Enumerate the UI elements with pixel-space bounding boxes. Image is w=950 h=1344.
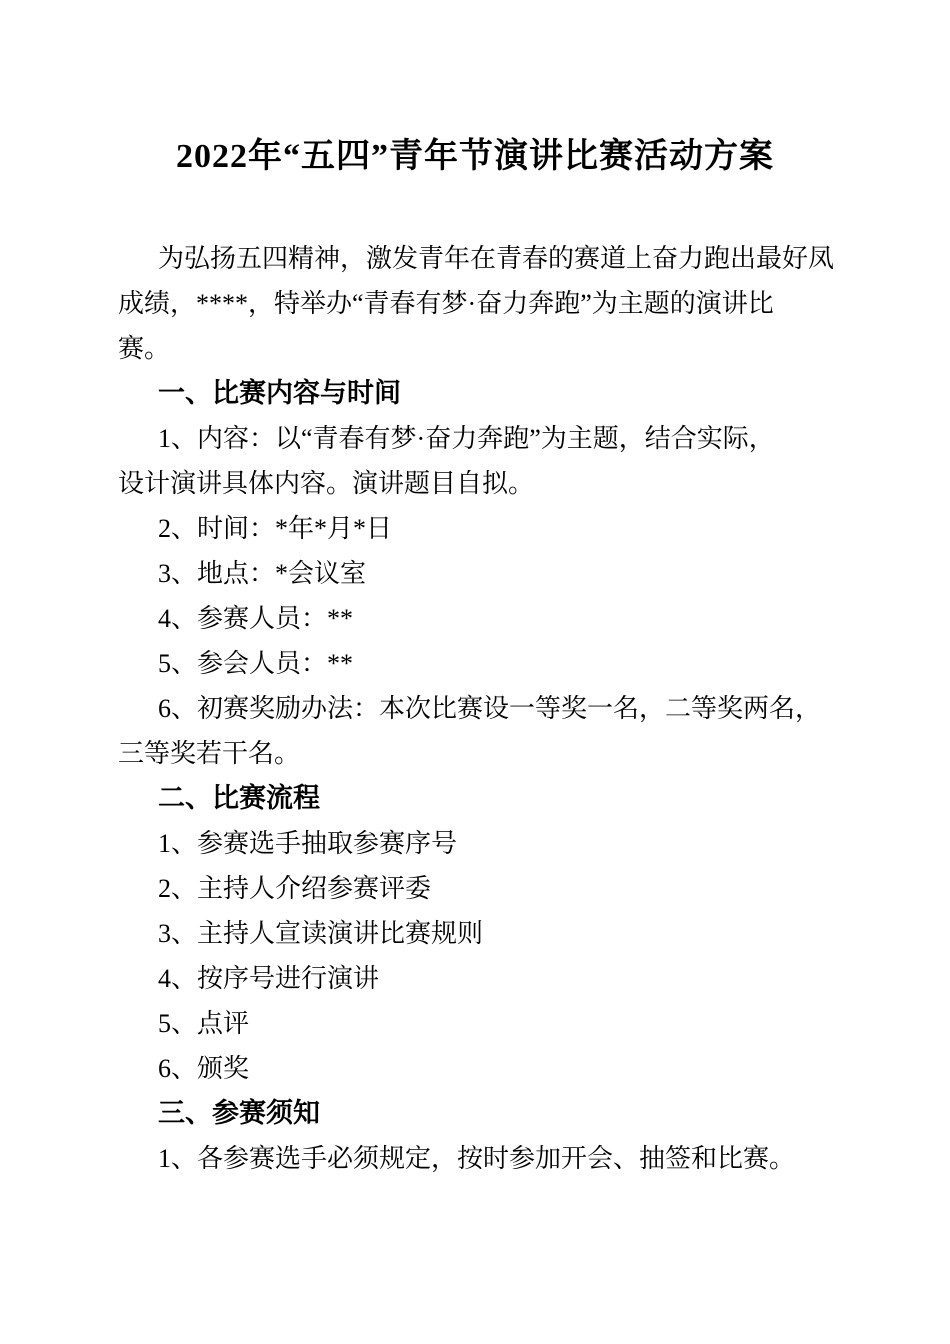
section-3-item-1: 1、各参赛选手必须规定，按时参加开会、抽签和比赛。	[118, 1136, 832, 1181]
document-page: 2022年“五四”青年节演讲比赛活动方案 为弘扬五四精神，激发青年在青春的赛道上…	[0, 0, 950, 1344]
intro-line-3: 赛。	[118, 326, 832, 371]
document-body: 为弘扬五四精神，激发青年在青春的赛道上奋力跑出最好凤 成绩，****，特举办“青…	[118, 236, 832, 1181]
section-2-item-5: 5、点评	[118, 1001, 832, 1046]
section-1-item-1-line-2: 设计演讲具体内容。演讲题目自拟。	[118, 461, 832, 506]
section-2-item-1: 1、参赛选手抽取参赛序号	[118, 821, 832, 866]
section-1-item-4: 4、参赛人员：**	[118, 596, 832, 641]
section-1-heading: 一、比赛内容与时间	[118, 371, 832, 416]
section-1-item-3: 3、地点：*会议室	[118, 551, 832, 596]
section-2-heading: 二、比赛流程	[118, 776, 832, 821]
section-1-item-6-line-2: 三等奖若干名。	[118, 731, 832, 776]
section-2-item-3: 3、主持人宣读演讲比赛规则	[118, 911, 832, 956]
section-2-item-4: 4、按序号进行演讲	[118, 956, 832, 1001]
intro-line-1: 为弘扬五四精神，激发青年在青春的赛道上奋力跑出最好凤	[118, 236, 832, 281]
section-1-item-6-line-1: 6、初赛奖励办法：本次比赛设一等奖一名，二等奖两名，	[118, 686, 832, 731]
section-1-item-1-line-1: 1、内容：以“青春有梦·奋力奔跑”为主题，结合实际，	[118, 416, 832, 461]
document-title: 2022年“五四”青年节演讲比赛活动方案	[0, 134, 950, 179]
section-3-heading: 三、参赛须知	[118, 1091, 832, 1136]
section-2-item-2: 2、主持人介绍参赛评委	[118, 866, 832, 911]
section-1-item-2: 2、时间：*年*月*日	[118, 506, 832, 551]
section-2-item-6: 6、颁奖	[118, 1046, 832, 1091]
section-1-item-5: 5、参会人员：**	[118, 641, 832, 686]
intro-line-2: 成绩，****，特举办“青春有梦·奋力奔跑”为主题的演讲比	[118, 281, 832, 326]
